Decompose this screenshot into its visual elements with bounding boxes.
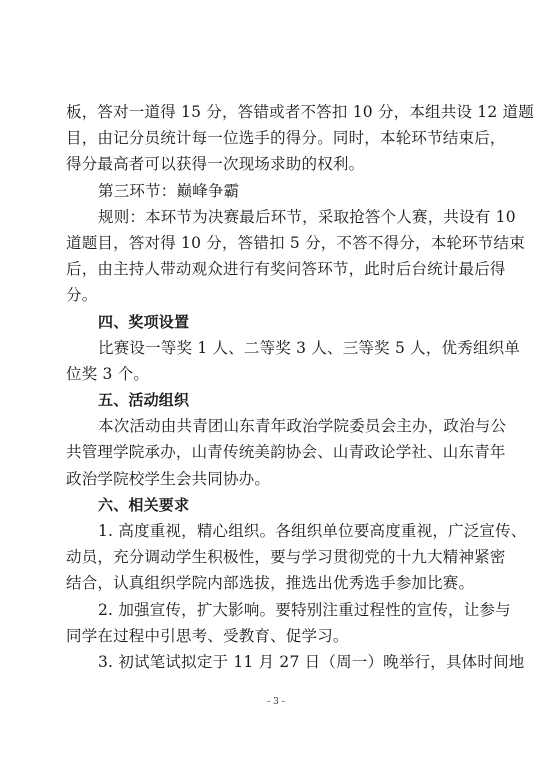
paragraph-line: 动员，充分调动学生积极性，要与学习贯彻党的十九大精神紧密 [66, 544, 484, 570]
subheading-third-round: 第三环节：巅峰争霸 [66, 178, 484, 204]
paragraph-line: 比赛设一等奖 1 人、二等奖 3 人、三等奖 5 人，优秀组织单 [66, 335, 484, 361]
paragraph-line: 3. 初试笔试拟定于 11 月 27 日（周一）晚举行，具体时间地 [66, 649, 484, 675]
paragraph-line: 位奖 3 个。 [66, 361, 484, 387]
paragraph-line: 2. 加强宣传，扩大影响。要特别注重过程性的宣传，让参与 [66, 597, 484, 623]
section-heading-awards: 四、奖项设置 [66, 309, 484, 335]
paragraph-line: 结合，认真组织学院内部选拔，推选出优秀选手参加比赛。 [66, 570, 484, 596]
document-page: 板，答对一道得 15 分，答错或者不答扣 10 分，本组共设 12 道题 目，由… [66, 99, 484, 675]
paragraph-line: 道题目，答对得 10 分，答错扣 5 分，不答不得分，本轮环节结束 [66, 230, 484, 256]
paragraph-line: 目，由记分员统计每一位选手的得分。同时，本轮环节结束后， [66, 125, 484, 151]
page-number: - 3 - [0, 697, 552, 707]
paragraph-line: 政治学院校学生会共同协办。 [66, 466, 484, 492]
paragraph-line: 后，由主持人带动观众进行有奖问答环节，此时后台统计最后得 [66, 256, 484, 282]
paragraph-line: 得分最高者可以获得一次现场求助的权利。 [66, 151, 484, 177]
section-heading-requirements: 六、相关要求 [66, 492, 484, 518]
paragraph-line: 本次活动由共青团山东青年政治学院委员会主办，政治与公 [66, 413, 484, 439]
paragraph-line: 规则：本环节为决赛最后环节，采取抢答个人赛，共设有 10 [66, 204, 484, 230]
paragraph-line: 分。 [66, 282, 484, 308]
paragraph-line: 1. 高度重视，精心组织。各组织单位要高度重视，广泛宣传、 [66, 518, 484, 544]
paragraph-line: 板，答对一道得 15 分，答错或者不答扣 10 分，本组共设 12 道题 [66, 99, 484, 125]
paragraph-line: 共管理学院承办，山青传统美韵协会、山青政论学社、山东青年 [66, 439, 484, 465]
paragraph-line: 同学在过程中引思考、受教育、促学习。 [66, 623, 484, 649]
section-heading-organization: 五、活动组织 [66, 387, 484, 413]
